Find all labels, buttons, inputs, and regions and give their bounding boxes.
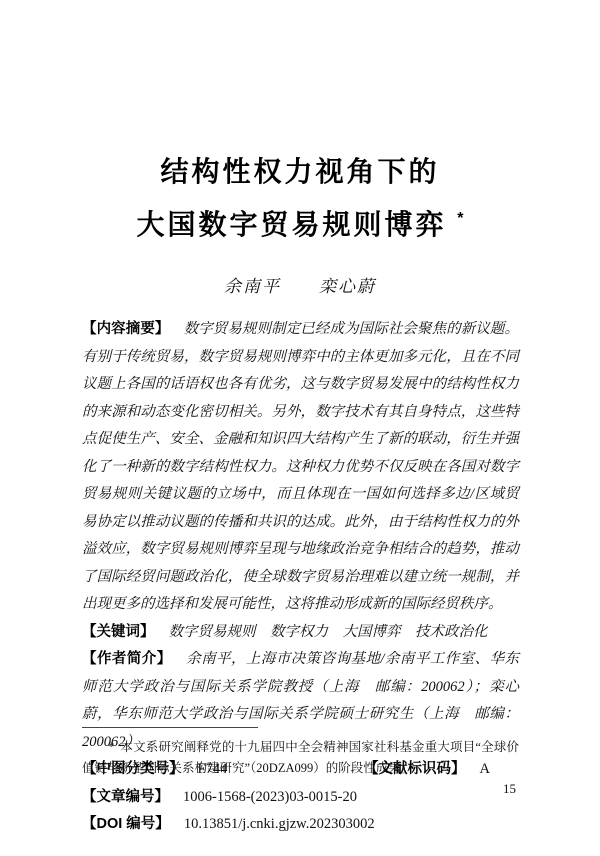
article-number-row: 【文章编号】1006-1568-(2023)03-0015-20 — [82, 784, 519, 812]
article-number-label: 【文章编号】 — [82, 789, 169, 805]
article-title-line-2-text: 大国数字贸易规则博弈 — [136, 209, 446, 240]
footnote-marker: * — [108, 740, 114, 754]
footnote-paragraph: *本文系研究阐释党的十九届四中全会精神国家社科基金重大项目“全球价值链与新型国际… — [82, 737, 519, 779]
abstract-text: 数字贸易规则制定已经成为国际社会聚焦的新议题。有别于传统贸易，数字贸易规则博弈中… — [82, 321, 519, 612]
abstract-paragraph: 【内容摘要】数字贸易规则制定已经成为国际社会聚焦的新议题。有别于传统贸易，数字贸… — [82, 316, 519, 619]
keywords-paragraph: 【关键词】数字贸易规则 数字权力 大国博弈 技术政治化 — [82, 619, 519, 647]
article-title: 结构性权力视角下的 大国数字贸易规则博弈 * — [0, 148, 600, 248]
doi-value: 10.13851/j.cnki.gjzw.202303002 — [184, 816, 375, 832]
article-number-value: 1006-1568-(2023)03-0015-20 — [183, 789, 357, 805]
journal-article-page: 结构性权力视角下的 大国数字贸易规则博弈 * 余南平 栾心蔚 【内容摘要】数字贸… — [0, 0, 600, 856]
page-number: 15 — [503, 781, 516, 797]
article-title-line-1: 结构性权力视角下的 — [0, 148, 600, 195]
title-footnote-asterisk: * — [457, 210, 463, 227]
doi-label: 【DOI 编号】 — [82, 816, 170, 832]
article-title-line-2: 大国数字贸易规则博弈 * — [0, 195, 600, 248]
doi-row: 【DOI 编号】10.13851/j.cnki.gjzw.202303002 — [82, 811, 519, 839]
author-names: 余南平 栾心蔚 — [0, 272, 600, 297]
abstract-label: 【内容摘要】 — [82, 321, 170, 337]
footnote-separator-rule — [82, 727, 258, 728]
footnote-block: *本文系研究阐释党的十九届四中全会精神国家社科基金重大项目“全球价值链与新型国际… — [82, 727, 519, 779]
author-bio-label: 【作者简介】 — [82, 651, 172, 667]
footnote-text: 本文系研究阐释党的十九届四中全会精神国家社科基金重大项目“全球价值链与新型国际关… — [82, 740, 519, 775]
keywords-label: 【关键词】 — [82, 624, 155, 640]
keywords-text: 数字贸易规则 数字权力 大国博弈 技术政治化 — [169, 624, 488, 640]
